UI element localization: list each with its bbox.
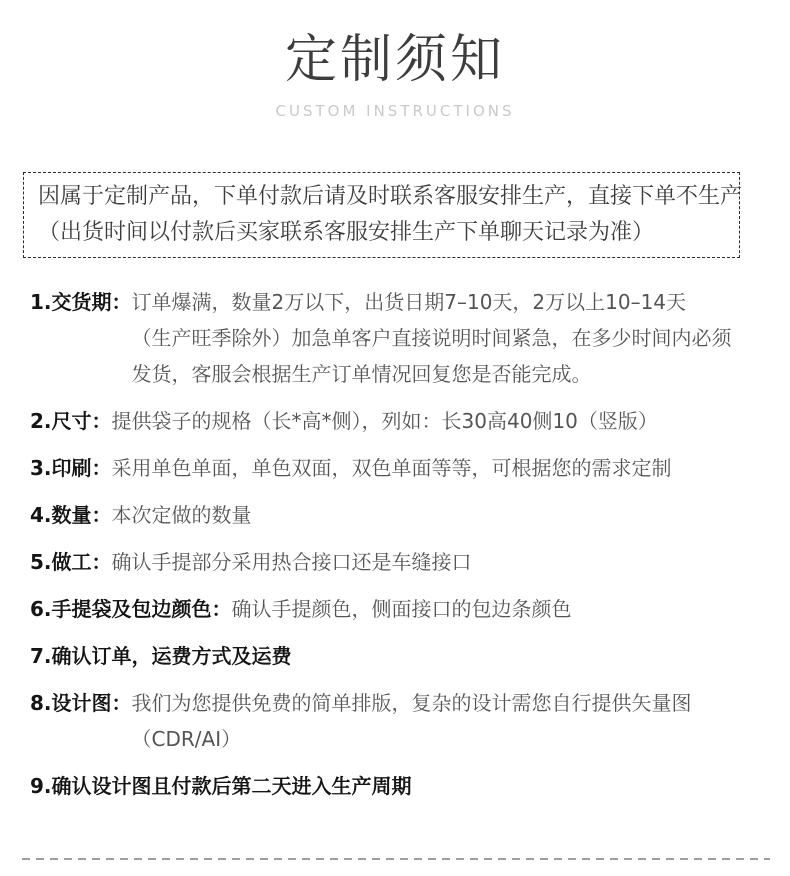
item-label: 1.交货期： <box>30 284 132 320</box>
list-item: 1.交货期： 订单爆满，数量2万以下，出货日期7–10天，2万以上10–14天 … <box>30 284 770 392</box>
bottom-dashed-divider <box>22 858 770 860</box>
item-label: 7.确认订单，运费方式及运费 <box>30 638 292 674</box>
item-label: 4.数量： <box>30 497 112 533</box>
list-item: 8.设计图： 我们为您提供免费的简单排版，复杂的设计需您自行提供矢量图 （CDR… <box>30 685 770 757</box>
notice-box: 因属于定制产品，下单付款后请及时联系客服安排生产，直接下单不生产 （出货时间以付… <box>23 172 740 258</box>
item-label: 2.尺寸： <box>30 403 112 439</box>
item-label: 5.做工： <box>30 544 112 580</box>
item-text: 订单爆满，数量2万以下，出货日期7–10天，2万以上10–14天 （生产旺季除外… <box>132 284 732 392</box>
list-item: 5.做工： 确认手提部分采用热合接口还是车缝接口 <box>30 544 770 580</box>
page-title: 定制须知 <box>0 24 790 96</box>
instruction-list: 1.交货期： 订单爆满，数量2万以下，出货日期7–10天，2万以上10–14天 … <box>30 284 770 804</box>
list-item: 6.手提袋及包边颜色： 确认手提颜色，侧面接口的包边条颜色 <box>30 591 770 627</box>
list-item: 4.数量： 本次定做的数量 <box>30 497 770 533</box>
item-text: 确认手提部分采用热合接口还是车缝接口 <box>112 544 472 580</box>
list-item: 7.确认订单，运费方式及运费 <box>30 638 770 674</box>
item-label: 6.手提袋及包边颜色： <box>30 591 232 627</box>
item-text: 本次定做的数量 <box>112 497 252 533</box>
page-subtitle: CUSTOM INSTRUCTIONS <box>0 102 790 120</box>
notice-text: 因属于定制产品，下单付款后请及时联系客服安排生产，直接下单不生产 （出货时间以付… <box>38 179 733 251</box>
list-item: 9.确认设计图且付款后第二天进入生产周期 <box>30 768 770 804</box>
list-item: 2.尺寸： 提供袋子的规格（长*高*侧），列如：长30高40侧10（竖版） <box>30 403 770 439</box>
item-text: 确认手提颜色，侧面接口的包边条颜色 <box>232 591 572 627</box>
item-label: 9.确认设计图且付款后第二天进入生产周期 <box>30 768 412 804</box>
item-text: 采用单色单面，单色双面，双色单面等等，可根据您的需求定制 <box>112 450 672 486</box>
item-label: 3.印刷： <box>30 450 112 486</box>
item-text: 提供袋子的规格（长*高*侧），列如：长30高40侧10（竖版） <box>112 403 658 439</box>
custom-instructions-page: 定制须知 CUSTOM INSTRUCTIONS 因属于定制产品，下单付款后请及… <box>0 0 790 876</box>
list-item: 3.印刷： 采用单色单面，单色双面，双色单面等等，可根据您的需求定制 <box>30 450 770 486</box>
header: 定制须知 CUSTOM INSTRUCTIONS <box>0 0 790 120</box>
item-label: 8.设计图： <box>30 685 132 721</box>
item-text: 我们为您提供免费的简单排版，复杂的设计需您自行提供矢量图 （CDR/AI） <box>132 685 692 757</box>
